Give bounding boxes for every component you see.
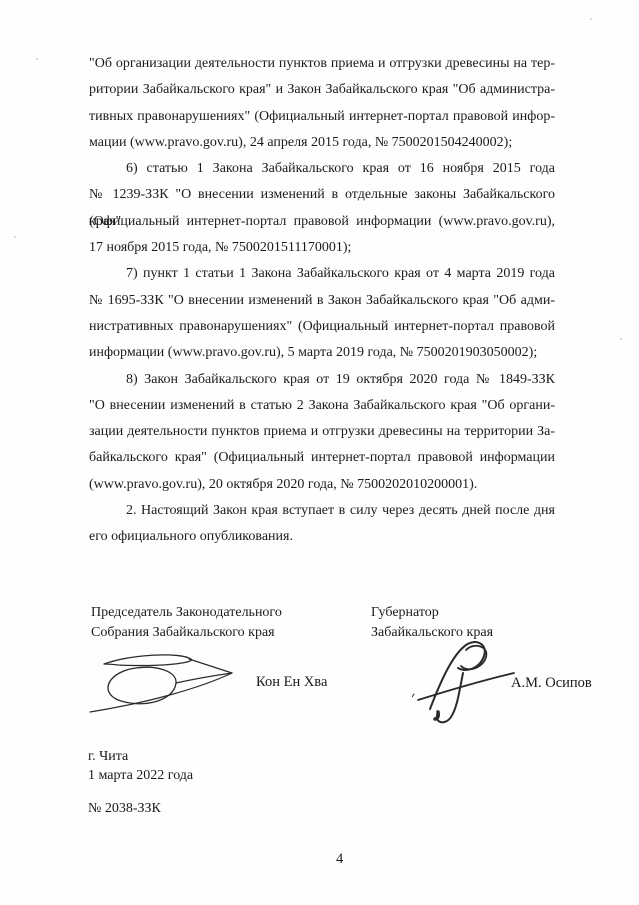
text-line: 2. Настоящий Закон края вступает в силу … [89,498,555,524]
text-line: "Об организации деятельности пунктов при… [89,51,555,77]
text-line: № 1695-ЗЗК "О внесении изменений в Закон… [89,288,555,314]
text-line: его официального опубликования. [89,524,555,550]
text-line: тивных правонарушениях" (Официальный инт… [89,104,555,130]
signatory-title-line: Председатель Законодательного [91,603,282,623]
signatory-name-chairman: Кон Ен Хва [256,674,327,691]
text-line: мации (www.pravo.gov.ru), 24 апреля 2015… [89,130,555,156]
text-line: (www.pravo.gov.ru), 20 октября 2020 года… [89,472,555,498]
text-line: 17 ноября 2015 года, № 7500201511170001)… [89,235,555,261]
signatory-title-line: Собрания Забайкальского края [91,623,282,643]
paragraph: "Об организации деятельности пунктов при… [89,51,555,156]
handwritten-signature-icon [412,637,518,733]
paragraph: 2. Настоящий Закон края вступает в силу … [89,498,555,551]
handwritten-signature-icon [88,650,238,718]
text-line: 7) пункт 1 статьи 1 Закона Забайкальског… [89,261,555,287]
text-line: (Официальный интернет-портал правовой ин… [89,209,555,235]
page-number: 4 [336,851,343,868]
text-line: ритории Забайкальского края" и Закон Заб… [89,77,555,103]
scan-speck [590,18,592,20]
paragraph: 6) статью 1 Закона Забайкальского края о… [89,156,555,261]
signatory-title-chairman: Председатель Законодательного Собрания З… [91,603,282,643]
text-line: нистративных правонарушениях" (Официальн… [89,314,555,340]
paragraph: 8) Закон Забайкальского края от 19 октяб… [89,367,555,498]
footer-doc-number: № 2038-ЗЗК [88,801,161,817]
text-line: 6) статью 1 Закона Забайкальского края о… [89,156,555,182]
document-body: "Об организации деятельности пунктов при… [89,51,555,551]
text-line: зации деятельности пунктов приема и отгр… [89,419,555,445]
signatory-name-governor: А.М. Осипов [511,675,592,692]
document-page: "Об организации деятельности пунктов при… [0,0,639,905]
scan-speck [14,236,16,238]
paragraph: 7) пункт 1 статьи 1 Закона Забайкальског… [89,261,555,366]
text-line: "О внесении изменений в статью 2 Закона … [89,393,555,419]
scan-speck [620,338,622,340]
text-line: информации (www.pravo.gov.ru), 5 марта 2… [89,340,555,366]
text-line: байкальского края" (Официальный интернет… [89,445,555,471]
footer-date: 1 марта 2022 года [88,768,193,784]
text-line: 8) Закон Забайкальского края от 19 октяб… [89,367,555,393]
footer-city: г. Чита [88,749,128,765]
signatory-title-line: Губернатор [371,603,493,623]
text-line: № 1239-ЗЗК "О внесении изменений в отдел… [89,182,555,208]
scan-speck [36,58,38,60]
